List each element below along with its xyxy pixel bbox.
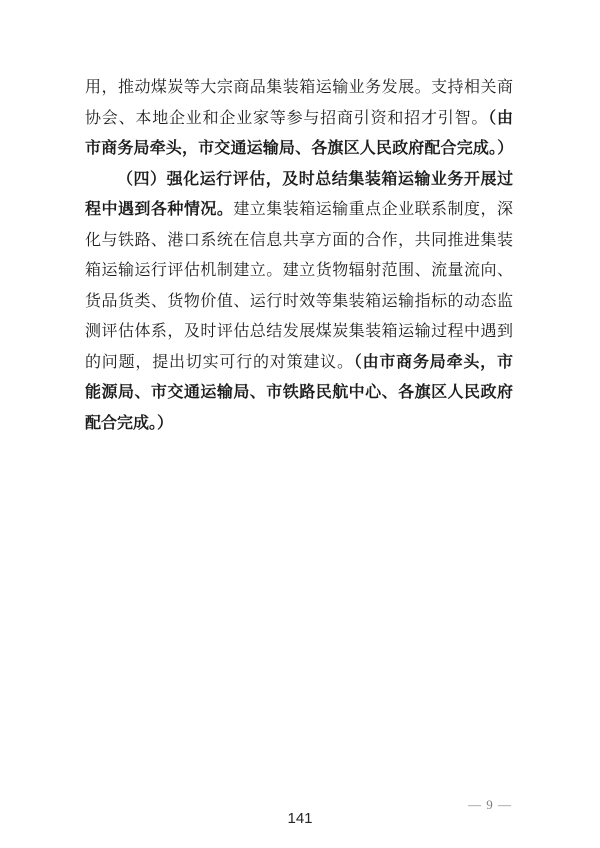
text-segment: 建立集装箱运输重点企业联系制度，深: [233, 201, 513, 218]
text-segment: 货品货类、货物价值、运行时效等集装箱运输指标的动态监: [85, 293, 513, 310]
text-line: 箱运输运行评估机制建立。建立货物辐射范围、流量流向、: [85, 256, 513, 287]
text-segment: 的问题，提出切实可行的对策建议。: [85, 354, 354, 371]
text-line: 能源局、市交通运输局、市铁路民航中心、各旗区人民政府: [85, 378, 513, 409]
document-page: 用，推动煤炭等大宗商品集装箱运输业务发展。支持相关商 协会、本地企业和企业家等参…: [0, 0, 600, 848]
text-line: 配合完成。）: [85, 409, 513, 440]
text-line: 的问题，提出切实可行的对策建议。（由市商务局牵头，市: [85, 348, 513, 379]
text-segment: 箱运输运行评估机制建立。建立货物辐射范围、流量流向、: [85, 262, 513, 279]
text-segment-bold: 程中遇到各种情况。: [85, 201, 233, 218]
page-number-folio: — 9 —: [468, 797, 512, 813]
text-segment-bold: 市商务局牵头，市交通运输局、各旗区人民政府配合完成。）: [85, 140, 513, 157]
text-line: 测评估体系，及时评估总结发展煤炭集装箱运输过程中遇到: [85, 317, 513, 348]
text-line: 市商务局牵头，市交通运输局、各旗区人民政府配合完成。）: [85, 134, 513, 165]
text-line: 程中遇到各种情况。建立集装箱运输重点企业联系制度，深: [85, 195, 513, 226]
text-segment-bold: 配合完成。）: [85, 415, 173, 432]
document-body: 用，推动煤炭等大宗商品集装箱运输业务发展。支持相关商 协会、本地企业和企业家等参…: [85, 73, 513, 439]
text-segment: 用，推动煤炭等大宗商品集装箱运输业务发展。支持相关商: [85, 79, 513, 96]
text-segment-bold: （由市商务局牵头，市: [354, 354, 513, 371]
text-segment-bold: （由: [488, 110, 513, 127]
text-line: 化与铁路、港口系统在信息共享方面的合作，共同推进集装: [85, 226, 513, 257]
text-segment: 化与铁路、港口系统在信息共享方面的合作，共同推进集装: [85, 232, 513, 249]
text-line: 协会、本地企业和企业家等参与招商引资和招才引智。（由: [85, 104, 513, 135]
text-line: 用，推动煤炭等大宗商品集装箱运输业务发展。支持相关商: [85, 73, 513, 104]
text-segment-bold: （四）强化运行评估，及时总结集装箱运输业务开展过: [117, 171, 513, 188]
section-heading-line: （四）强化运行评估，及时总结集装箱运输业务开展过: [85, 165, 513, 196]
text-segment: 测评估体系，及时评估总结发展煤炭集装箱运输过程中遇到: [85, 323, 513, 340]
text-segment: 协会、本地企业和企业家等参与招商引资和招才引智。: [85, 110, 488, 127]
text-line: 货品货类、货物价值、运行时效等集装箱运输指标的动态监: [85, 287, 513, 318]
text-segment-bold: 能源局、市交通运输局、市铁路民航中心、各旗区人民政府: [85, 384, 513, 401]
